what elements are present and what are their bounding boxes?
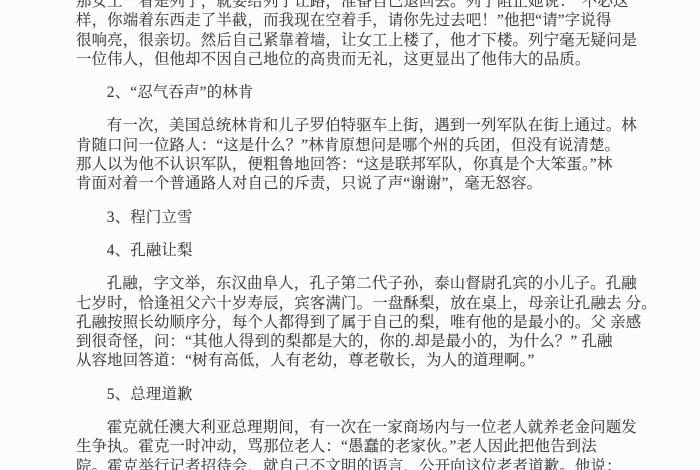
text-line: 那人以为他不认识军队，便粗鲁地回答：“这是联邦军队，你真是个大笨蛋。”林 xyxy=(76,155,646,174)
document-page: 那女工一看是列宁，就要给列宁让路，准备自己退回去。列宁阻止她说：“不必这 样，你… xyxy=(0,0,700,470)
text-line: 那女工一看是列宁，就要给列宁让路，准备自己退回去。列宁阻止她说：“不必这 xyxy=(76,0,646,11)
paragraph-hawke: 霍克就任澳大利亚总理期间，有一次在一家商场内与一位老人就养老金问题发 生争执。霍… xyxy=(76,418,646,470)
text-line: 有一次，美国总统林肯和儿子罗伯特驱车上街，遇到一列军队在街上通过。林 xyxy=(76,116,646,135)
text-line: 院。霍克举行记者招待会，就自己不文明的语言，公开向这位老者道歉。他说： xyxy=(76,457,646,470)
text-line: 从容地回答道：“树有高低，人有老幼，尊老敬长，为人的道理啊。” xyxy=(76,351,646,370)
paragraph-lincoln: 有一次，美国总统林肯和儿子罗伯特驱车上街，遇到一列军队在街上通过。林 肯随口问一… xyxy=(76,116,646,193)
text-line: 霍克就任澳大利亚总理期间，有一次在一家商场内与一位老人就养老金问题发 xyxy=(76,418,646,437)
section-heading-chengmen: 3、程门立雪 xyxy=(76,208,646,227)
section-heading-premier: 5、总理道歉 xyxy=(76,385,646,404)
text-line: 一位伟人，但他却不因自己地位的高贵而无礼，这更显出了他伟大的品质。 xyxy=(76,50,646,69)
text-line: 孔融按照长幼顺序分，每个人都得到了属于自己的梨，唯有他的是最小的。父 亲感 xyxy=(76,313,646,332)
document-content: 那女工一看是列宁，就要给列宁让路，准备自己退回去。列宁阻止她说：“不必这 样，你… xyxy=(76,0,646,470)
text-line: 七岁时，恰逢祖父六十岁寿辰，宾客满门。一盘酥梨，放在桌上，母亲让孔融去 分。 xyxy=(76,294,646,313)
paragraph-kongrong: 孔融，字文举，东汉曲阜人，孔子第二代子孙，泰山督尉孔宾的小儿子。孔融 七岁时，恰… xyxy=(76,274,646,370)
text-line: 孔融，字文举，东汉曲阜人，孔子第二代子孙，泰山督尉孔宾的小儿子。孔融 xyxy=(76,274,646,293)
section-heading-lincoln: 2、“忍气吞声”的林肯 xyxy=(76,83,646,102)
text-line: 样，你端着东西走了半截，而我现在空着手，请你先过去吧！”他把“请”字说得 xyxy=(76,11,646,30)
paragraph-lenin: 那女工一看是列宁，就要给列宁让路，准备自己退回去。列宁阻止她说：“不必这 样，你… xyxy=(76,0,646,69)
text-line: 肯面对着一个普通路人对自己的斥责，只说了声“谢谢”，毫无怒容。 xyxy=(76,174,646,193)
section-heading-kongrong: 4、孔融让梨 xyxy=(76,241,646,260)
text-line: 肯随口问一位路人：“这是什么？”林肯原想问是哪个州的兵团，但没有说清楚。 xyxy=(76,136,646,155)
text-line: 到很奇怪，问：“其他人得到的梨都是大的，你的.却是最小的，为什么？” 孔融 xyxy=(76,332,646,351)
text-line: 很响亮，很亲切。然后自己紧靠着墙，让女工上楼了，他才下楼。列宁毫无疑问是 xyxy=(76,31,646,50)
text-line: 生争执。霍克一时冲动，骂那位老人：“愚蠢的老家伙。”老人因此把他告到法 xyxy=(76,437,646,456)
